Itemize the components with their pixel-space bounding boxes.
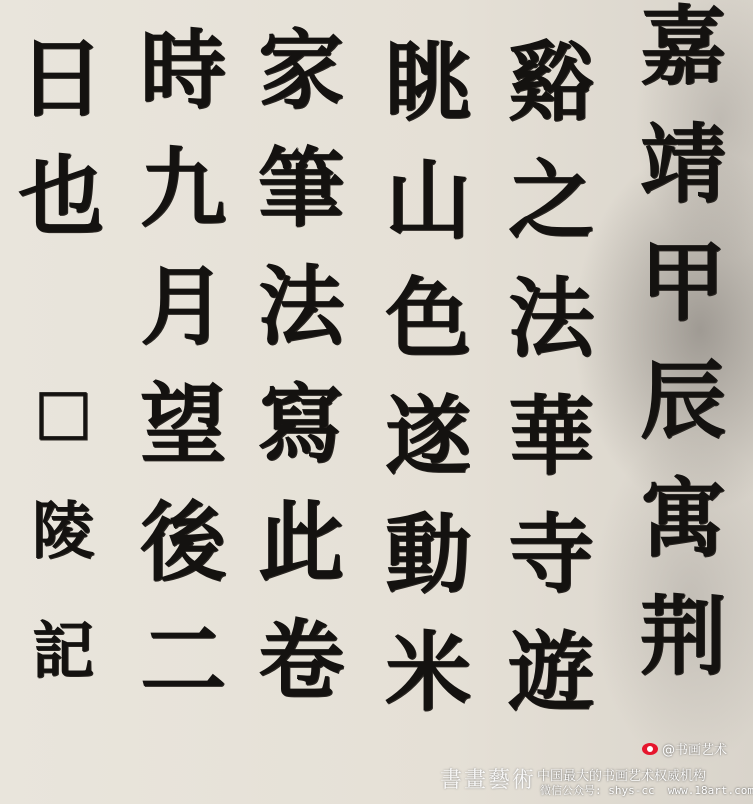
character: 荆 — [640, 594, 726, 712]
character: 家 — [258, 28, 344, 146]
character: 嘉 — [640, 4, 726, 122]
character: 辰 — [640, 358, 726, 476]
character: 九 — [140, 146, 226, 264]
calligraphy-column-4: 家 筆 法 寫 此 卷 — [258, 28, 344, 736]
watermark-contact: 微信公众号: shys-cc www.18art.com — [540, 782, 753, 798]
character: 日 — [18, 36, 104, 154]
character: 寫 — [258, 382, 344, 500]
character: 山 — [385, 158, 471, 276]
character: 遂 — [385, 394, 471, 512]
character: 法 — [258, 264, 344, 382]
character: 色 — [385, 276, 471, 394]
calligraphy-column-1: 嘉 靖 甲 辰 寓 荆 — [640, 4, 726, 712]
calligraphy-column-5: 時 九 月 望 後 二 — [140, 28, 226, 736]
character: 谿 — [508, 40, 594, 158]
character: 後 — [140, 500, 226, 618]
character: 卷 — [258, 618, 344, 736]
weibo-watermark: @书画艺术 — [642, 739, 727, 758]
character: 靖 — [640, 122, 726, 240]
character: 遊 — [508, 630, 594, 748]
character: 陵 — [32, 500, 94, 620]
character: 也 — [18, 154, 104, 272]
character: 寺 — [508, 512, 594, 630]
character: 眺 — [385, 40, 471, 158]
character: 米 — [385, 630, 471, 748]
watermark-logo: 書畫藝術 — [440, 763, 536, 794]
calligraphy-column-2: 谿 之 法 華 寺 遊 — [508, 40, 594, 748]
character: 之 — [508, 158, 594, 276]
character: 寓 — [640, 476, 726, 594]
character: 筆 — [258, 146, 344, 264]
character: 望 — [140, 382, 226, 500]
character: 法 — [508, 276, 594, 394]
weibo-handle: @书画艺术 — [662, 739, 727, 758]
character: 動 — [385, 512, 471, 630]
character: 此 — [258, 500, 344, 618]
character: □ — [34, 380, 93, 500]
character: 月 — [140, 264, 226, 382]
weibo-icon — [642, 743, 658, 755]
character: 時 — [140, 28, 226, 146]
calligraphy-column-6: 日 也 — [18, 36, 104, 272]
character: 記 — [32, 620, 94, 740]
calligraphy-column-3: 眺 山 色 遂 動 米 — [385, 40, 471, 748]
character: 甲 — [640, 240, 726, 358]
character: 華 — [508, 394, 594, 512]
signature-column: □ 陵 記 — [32, 380, 94, 740]
character: 二 — [140, 618, 226, 736]
